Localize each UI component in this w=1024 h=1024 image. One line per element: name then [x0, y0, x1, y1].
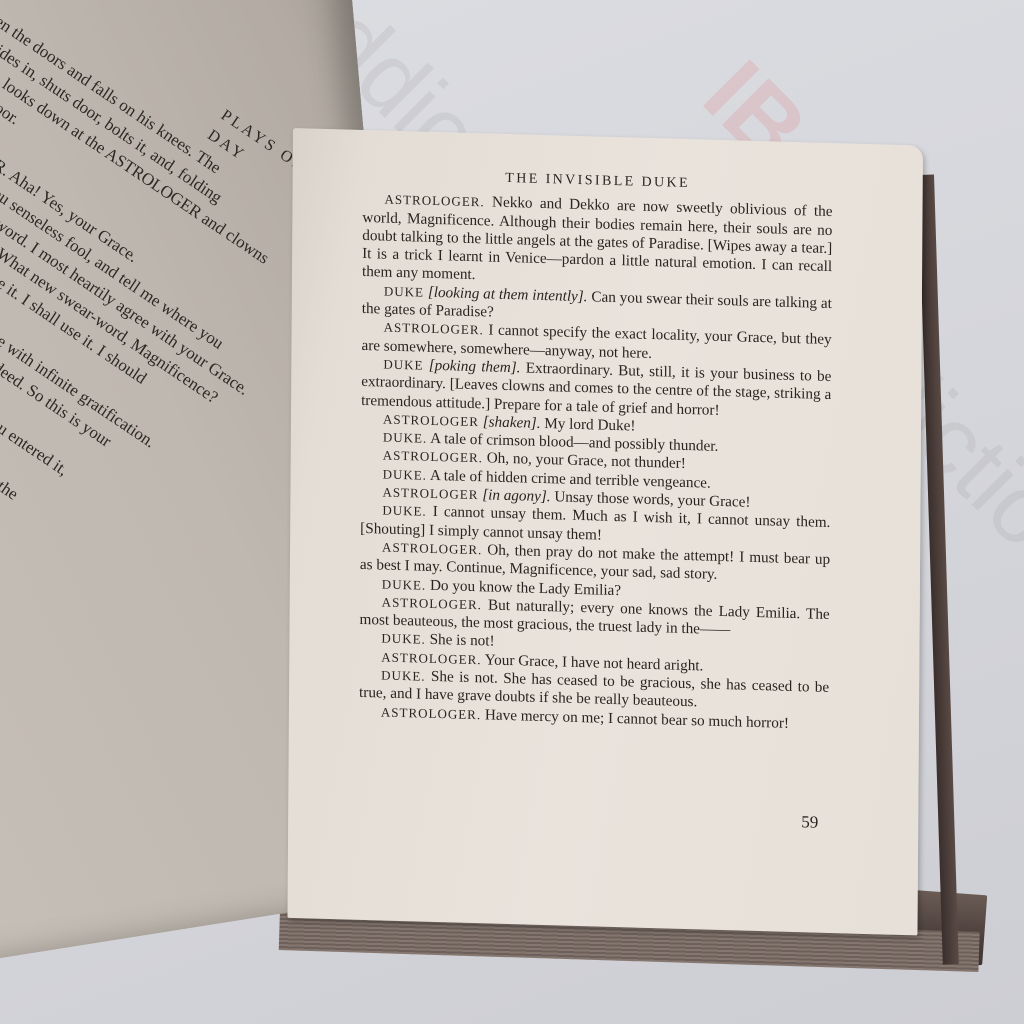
speaker-name: DUKE. — [383, 430, 427, 446]
speech-text: My lord Duke! — [540, 415, 635, 435]
speaker-name: DUKE — [383, 356, 423, 372]
right-page-body: THE INVISIBLE DUKE ASTROLOGER. Nekko and… — [359, 166, 833, 734]
right-page: THE INVISIBLE DUKE ASTROLOGER. Nekko and… — [287, 128, 922, 935]
stage-direction: [poking them]. — [423, 357, 520, 377]
speaker-name: ASTROLOGER. — [382, 539, 482, 557]
speaker-name: DUKE — [384, 283, 424, 299]
speaker-name: ASTROLOGER — [382, 485, 478, 503]
speaker-name: DUKE. — [381, 631, 425, 647]
speaker-name: DUKE. — [382, 503, 426, 519]
stage-direction: [in agony]. — [478, 486, 550, 505]
speech-text: She is not! — [426, 631, 495, 650]
stage-direction: [shaken]. — [479, 413, 541, 432]
page-number: 59 — [801, 812, 818, 832]
speaker-name: ASTROLOGER. — [384, 320, 484, 338]
book-cover-right-edge — [918, 174, 959, 964]
speaker-name: DUKE. — [381, 667, 425, 683]
speaker-name: ASTROLOGER. — [381, 704, 481, 722]
speaker-name: DUKE. — [382, 576, 426, 592]
speaker-name: ASTROLOGER. — [384, 192, 484, 210]
speaker-name: DUKE. — [383, 466, 427, 482]
dialogue: ASTROLOGER. Nekko and Dekko are now swee… — [359, 190, 833, 734]
dialogue-speech: ASTROLOGER. Nekko and Dekko are now swee… — [362, 190, 833, 295]
speaker-name: ASTROLOGER. — [383, 448, 483, 466]
speaker-name: ASTROLOGER. — [382, 594, 482, 612]
speaker-name: ASTROLOGER — [383, 411, 479, 429]
photo-scene: IBook Addiction Addiction PLAYS OF TO-DA… — [0, 0, 1024, 1024]
speaker-name: ASTROLOGER. — [381, 649, 481, 667]
